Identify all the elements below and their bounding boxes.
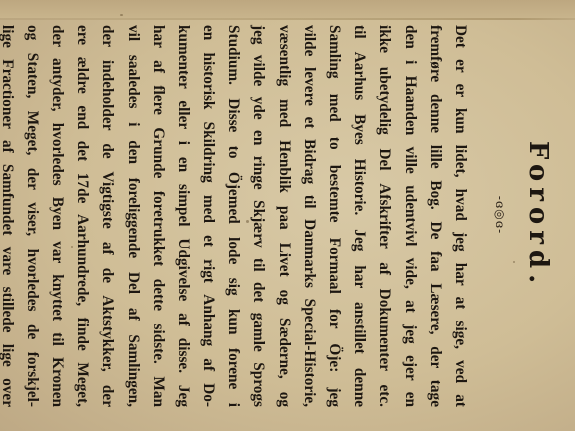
text-line: kumenter eller i en simpel Udgivelse af … [171, 25, 196, 407]
text-line: Studium. Disse to Öjemed lode sig kun fo… [221, 25, 246, 407]
page-edge [0, 0, 575, 18]
text-line: Det er er kun lidet, hvad jeg har at sig… [448, 25, 473, 407]
text-line: der antyder, hvorledes Byen var knyttet … [45, 25, 70, 407]
text-line: en historisk Skildring med et rigt Anhan… [196, 25, 221, 407]
page-title: Forord. [523, 23, 553, 407]
text-line: fremføre denne lille Bog. De faa Læsere,… [423, 25, 448, 407]
text-line: ikke ubetydelig Del Afskrifter af Dokume… [372, 25, 397, 407]
page-fold-line [0, 18, 575, 20]
paper-speck [120, 14, 123, 16]
scanned-page: Forord. -ɞ◎ɞ- Det er er kun lidet, hvad … [0, 0, 575, 431]
text-line: Samling med to bestemte Formaal for Öje:… [322, 25, 347, 407]
text-line: lige Fractioner af Samfundet vare stille… [0, 25, 20, 407]
text-line: vilde levere et Bidrag til Danmarks Spec… [297, 25, 322, 407]
body-text: Det er er kun lidet, hvad jeg har at sig… [0, 25, 473, 407]
text-line: har af flere Grunde foretrukket dette si… [146, 25, 171, 407]
text-line: til Aarhus Byes Historie. Jeg har anstil… [347, 25, 372, 407]
text-line: ere ældre end det 17de Aarhundrede, find… [70, 25, 95, 407]
text-line: og Staten, Meget, der viser, hvorledes d… [20, 25, 45, 407]
page-content: Forord. -ɞ◎ɞ- Det er er kun lidet, hvad … [7, 23, 567, 407]
text-line: den i Haanden ville udentvivl vide, at j… [397, 25, 422, 407]
ornament-icon: -ɞ◎ɞ- [493, 23, 507, 407]
text-line: der indeholder de Vigtigste af de Aktsty… [95, 25, 120, 407]
text-line: vil saaledes i den foreliggende Del af S… [120, 25, 145, 407]
rotated-text-block: Forord. -ɞ◎ɞ- Det er er kun lidet, hvad … [7, 23, 567, 407]
text-line: jeg vilde yde en ringe Skjærv til det ga… [246, 25, 271, 407]
text-line: væsentlig med Henblik paa Livet og Sæder… [272, 25, 297, 407]
